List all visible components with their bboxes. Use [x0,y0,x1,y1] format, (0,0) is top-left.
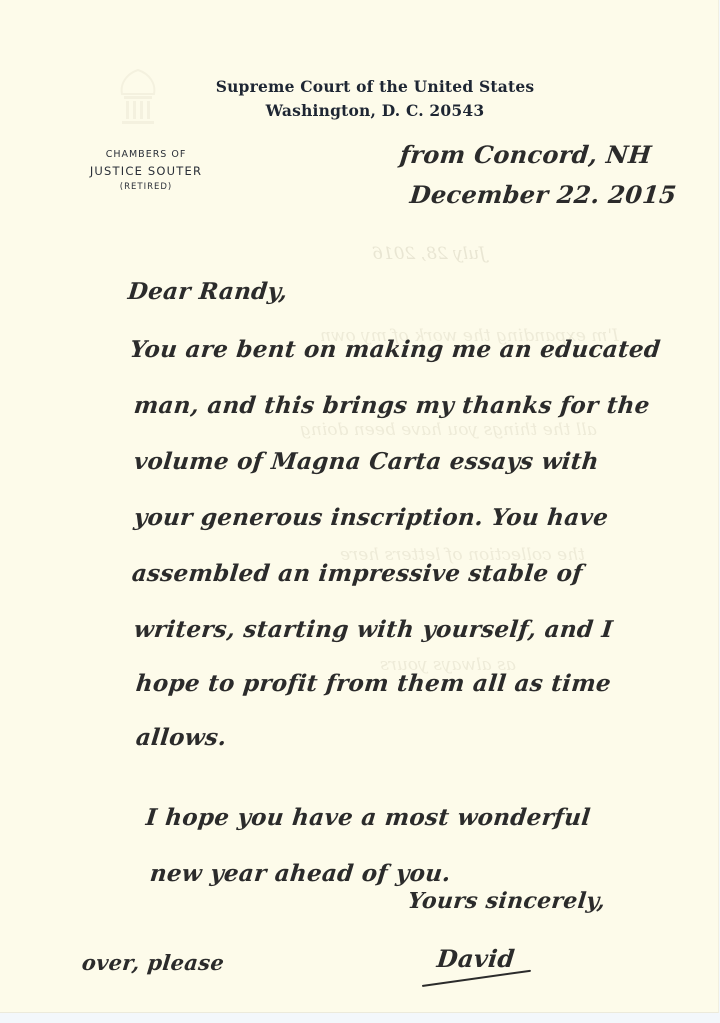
body-line: You are bent on making me an educated [129,336,662,363]
letter-page: Supreme Court of the United States Washi… [0,0,719,1013]
bleed-through-text: July 28, 2016 [372,244,486,264]
closing: Yours sincerely, [407,888,607,914]
letter-date: December 22. 2015 [408,180,677,209]
retired-label: (RETIRED) [78,180,214,194]
postscript-note: over, please [81,950,226,975]
chambers-label: CHAMBERS OF [78,148,214,162]
salutation: Dear Randy, [127,278,289,305]
body-line: assembled an impressive stable of [131,560,584,587]
letterhead-court-name: Supreme Court of the United States [170,76,580,98]
letter-from-location: from Concord, NH [398,140,653,169]
body-line: writers, starting with yourself, and I [133,616,615,643]
chambers-block: CHAMBERS OF JUSTICE SOUTER (RETIRED) [78,148,214,194]
body-line: your generous inscription. You have [133,504,610,531]
signature: David [435,944,516,973]
body-line: I hope you have a most wonderful [145,804,592,831]
body-line: hope to profit from them all as time [135,670,613,697]
body-line: man, and this brings my thanks for the [133,392,652,419]
bleed-through-text: all the things you have been doing [300,420,597,440]
justice-name: JUSTICE SOUTER [78,162,214,180]
body-line: allows. [135,724,228,751]
letterhead: Supreme Court of the United States Washi… [170,76,580,122]
letterhead-address: Washington, D. C. 20543 [170,100,580,122]
body-line: volume of Magna Carta essays with [133,448,601,475]
court-building-emblem-icon [108,66,168,132]
body-line: new year ahead of you. [149,860,453,887]
